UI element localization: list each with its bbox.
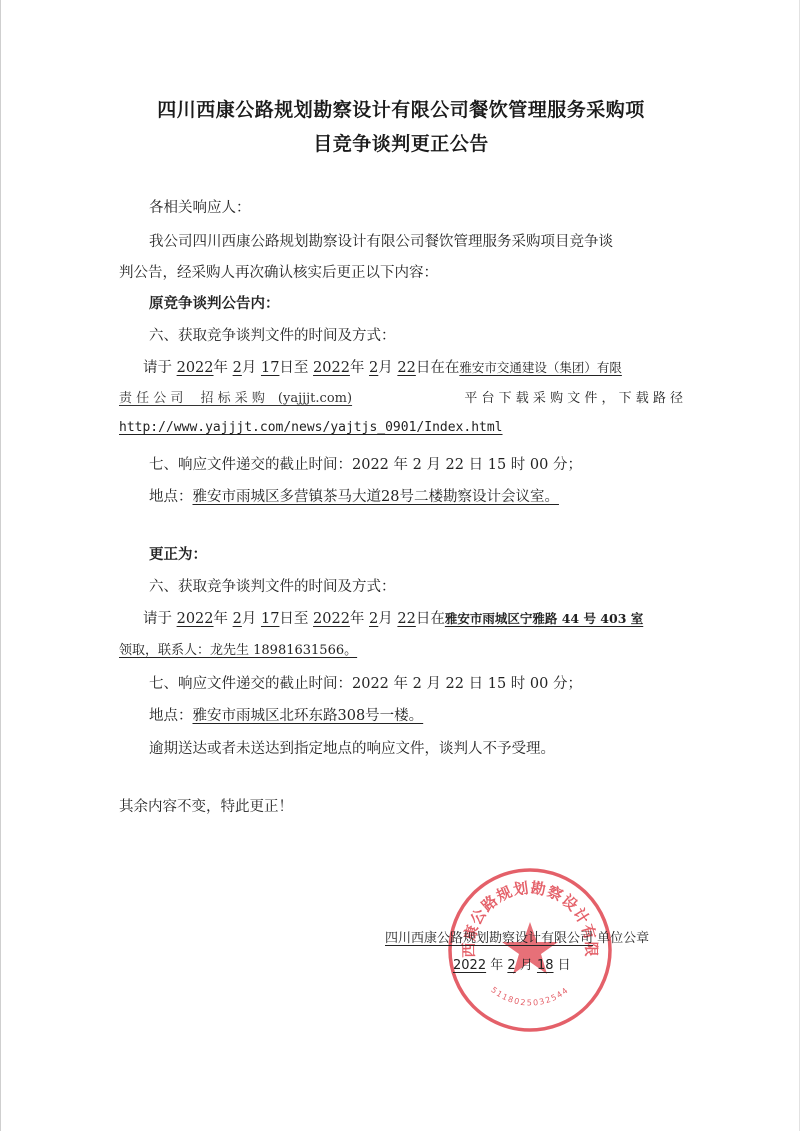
corrected-end-month: 2 bbox=[369, 611, 378, 627]
corrected-item6-dates: 请于 2022年 2月 17日至 2022年 2月 22日在雅安市雨城区宁雅路 … bbox=[143, 607, 643, 628]
signature-date: 2022 年 2 月 18 日 bbox=[453, 954, 571, 973]
closing-statement: 其余内容不变，特此更正！ bbox=[119, 795, 293, 816]
original-start-day: 17 bbox=[261, 360, 279, 376]
document-page: 四川西康公路规划勘察设计有限公司餐饮管理服务采购项 目竞争谈判更正公告 各相关响… bbox=[0, 0, 800, 1131]
intro-line-2: 判公告，经采购人再次确认核实后更正以下内容： bbox=[119, 261, 438, 282]
corrected-pickup-part-1: 雅安市雨城区宁雅路 44 号 403 室 bbox=[445, 611, 643, 626]
corrected-start-year: 2022 bbox=[177, 611, 214, 627]
signature-day: 18 bbox=[537, 958, 554, 973]
corrected-start-day: 17 bbox=[261, 611, 279, 627]
original-start-year: 2022 bbox=[177, 360, 214, 376]
original-end-year: 2022 bbox=[313, 360, 350, 376]
document-title-line-1: 四川西康公路规划勘察设计有限公司餐饮管理服务采购项 bbox=[101, 95, 701, 122]
late-notice: 逾期送达或者未送达到指定地点的响应文件，谈判人不予受理。 bbox=[149, 737, 555, 758]
original-end-month: 2 bbox=[369, 360, 378, 376]
svg-text:5118025032544: 5118025032544 bbox=[489, 985, 570, 1007]
original-end-day: 22 bbox=[397, 360, 415, 376]
original-heading: 原竞争谈判公告内： bbox=[149, 292, 280, 313]
corrected-start-month: 2 bbox=[233, 611, 242, 627]
corrected-end-day: 22 bbox=[397, 611, 415, 627]
original-platform-part-1: 雅安市交通建设（集团）有限 bbox=[459, 360, 622, 375]
original-item7: 七、响应文件递交的截止时间：2022 年 2 月 22 日 15 时 00 分； bbox=[149, 453, 582, 474]
corrected-end-year: 2022 bbox=[313, 611, 350, 627]
intro-line-1: 我公司四川西康公路规划勘察设计有限公司餐饮管理服务采购项目竞争谈 bbox=[149, 230, 613, 251]
original-download-text: 平 台 下 载 采 购 文 件 ， 下 载 路 径 bbox=[464, 387, 683, 406]
original-platform-part-2: 责 任 公 司 招 标 采 购 (yajjjt.com) bbox=[119, 387, 352, 406]
original-download-url[interactable]: http://www.yajjjt.com/news/yajtjs_0901/I… bbox=[119, 420, 503, 435]
signature-company-line: 四川西康公路规划勘察设计有限公司 单位公章 bbox=[385, 927, 649, 946]
signature-seal-label: 单位公章 bbox=[597, 931, 649, 946]
original-platform-line: 责 任 公 司 招 标 采 购 (yajjjt.com) 平 台 下 载 采 购… bbox=[119, 387, 683, 406]
corrected-pickup-part-2: 领取，联系人：龙先生 18981631566。 bbox=[119, 639, 357, 658]
original-item6-dates: 请于 2022年 2月 17日至 2022年 2月 22日在在雅安市交通建设（集… bbox=[143, 356, 622, 377]
corrected-location: 地点：雅安市雨城区北环东路308号一楼。 bbox=[149, 704, 423, 725]
corrected-item7: 七、响应文件递交的截止时间：2022 年 2 月 22 日 15 时 00 分； bbox=[149, 672, 582, 693]
original-start-month: 2 bbox=[233, 360, 242, 376]
original-location-value: 雅安市雨城区多营镇茶马大道28号二楼勘察设计会议室。 bbox=[193, 489, 559, 505]
original-item6-heading: 六、获取竞争谈判文件的时间及方式： bbox=[149, 324, 396, 345]
corrected-item6-heading: 六、获取竞争谈判文件的时间及方式： bbox=[149, 575, 396, 596]
corrected-heading: 更正为： bbox=[149, 543, 207, 564]
document-title-line-2: 目竞争谈判更正公告 bbox=[101, 129, 701, 156]
signature-year: 2022 bbox=[453, 958, 486, 973]
signature-company: 四川西康公路规划勘察设计有限公司 bbox=[385, 931, 593, 946]
official-seal-stamp: 四川西康公路规划勘察设计有限公司 5118025032544 bbox=[446, 866, 614, 1034]
signature-month: 2 bbox=[507, 958, 515, 973]
original-location: 地点：雅安市雨城区多营镇茶马大道28号二楼勘察设计会议室。 bbox=[149, 485, 559, 506]
corrected-location-value: 雅安市雨城区北环东路308号一楼。 bbox=[193, 708, 424, 724]
salutation: 各相关响应人： bbox=[149, 196, 251, 217]
